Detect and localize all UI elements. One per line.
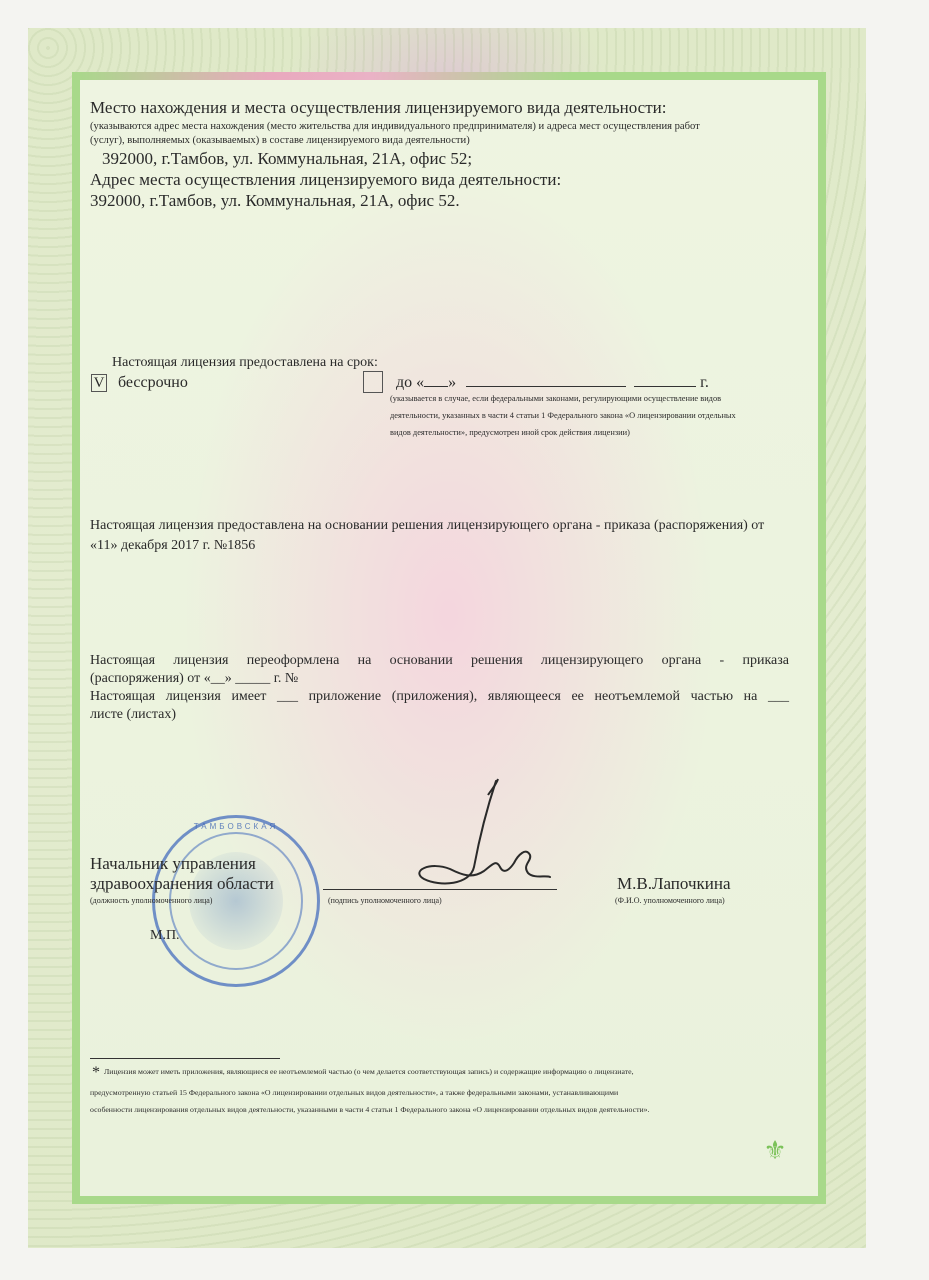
unlimited-checkbox[interactable]: V	[91, 374, 107, 392]
appendix-line2: листе (листах)	[90, 707, 176, 723]
name-caption: (Ф.И.О. уполномоченного лица)	[615, 896, 725, 905]
location-note-line1: (указываются адрес места нахождения (мес…	[90, 121, 700, 132]
until-mid: »	[448, 374, 456, 391]
until-date-field: до «» г.	[396, 374, 709, 392]
position-line1: Начальник управления	[90, 854, 256, 874]
reissue-line1: Настоящая лицензия переоформлена на осно…	[90, 653, 789, 669]
term-note-line3: видов деятельности», предусмотрен иной с…	[390, 428, 630, 437]
appendix-line1: Настоящая лицензия имеет ___ приложение …	[90, 689, 789, 705]
signature-line	[323, 889, 557, 890]
activity-address-heading: Адрес места осуществления лицензируемого…	[90, 170, 561, 190]
corner-ornament-icon: ⚜	[757, 1133, 793, 1169]
until-year-blank	[634, 374, 696, 387]
location-note-line2: (услуг), выполняемых (оказываемых) в сос…	[90, 135, 470, 146]
handwritten-signature	[400, 775, 560, 895]
term-note-line1: (указывается в случае, если федеральными…	[390, 394, 721, 403]
seal-label: М.П.	[150, 928, 180, 944]
until-month-blank	[466, 374, 626, 387]
address-1: 392000, г.Тамбов, ул. Коммунальная, 21А,…	[102, 149, 472, 169]
basis-line1: Настоящая лицензия предоставлена на осно…	[90, 518, 764, 534]
position-line2: здравоохранения области	[90, 874, 274, 894]
footnote-mark: *	[92, 1064, 100, 1082]
footnote-rule	[90, 1058, 280, 1059]
footnote-line2: предусмотренную статьей 15 Федерального …	[90, 1088, 618, 1097]
unlimited-label: бессрочно	[118, 374, 188, 392]
footnote-line3: особенности лицензирования отдельных вид…	[90, 1105, 650, 1114]
term-label: Настоящая лицензия предоставлена на срок…	[112, 355, 378, 371]
address-2: 392000, г.Тамбов, ул. Коммунальная, 21А,…	[90, 191, 460, 211]
position-caption: (должность уполномоченного лица)	[90, 896, 212, 905]
basis-line2: «11» декабря 2017 г. №1856	[90, 538, 255, 554]
term-note-line2: деятельности, указанных в части 4 статьи…	[390, 411, 736, 420]
frame-pink-accent	[72, 72, 572, 80]
footnote-line1: Лицензия может иметь приложения, являющи…	[104, 1067, 634, 1076]
reissue-line2: (распоряжения) от «__» _____ г. №	[90, 671, 298, 687]
until-suffix: г.	[700, 374, 709, 391]
location-heading: Место нахождения и места осуществления л…	[90, 98, 666, 118]
until-date-checkbox[interactable]	[363, 371, 383, 393]
stamp-text: ТАМБОВСКАЯ	[155, 822, 317, 831]
until-day-blank	[424, 374, 448, 387]
signatory-name: М.В.Лапочкина	[617, 874, 731, 894]
signature-caption: (подпись уполномоченного лица)	[328, 896, 442, 905]
inner-frame	[72, 72, 826, 1204]
until-prefix: до «	[396, 374, 424, 391]
